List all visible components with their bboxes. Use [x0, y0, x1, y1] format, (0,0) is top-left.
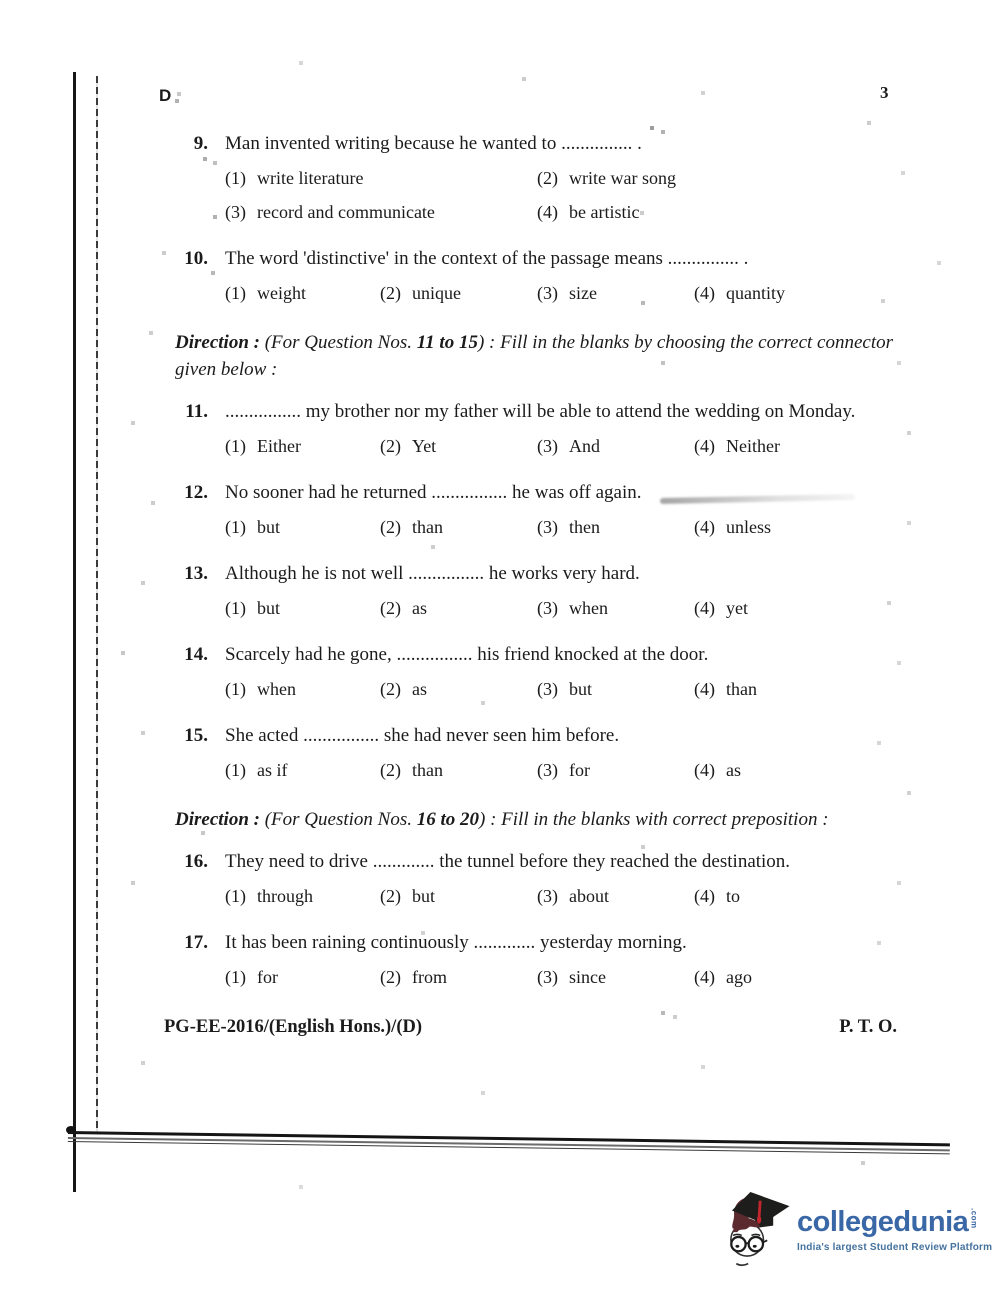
option-label: from	[412, 966, 447, 988]
option-4: (4)quantity	[694, 282, 993, 304]
direction-label: Direction :	[175, 332, 260, 353]
question-number: 10.	[148, 248, 208, 270]
option-1: (1)but	[225, 516, 380, 538]
option-2: (2)but	[380, 885, 537, 907]
question-options: (1)but(2)as(3)when(4)yet	[225, 597, 993, 619]
option-3: (3)for	[537, 759, 694, 781]
option-number: (1)	[225, 167, 246, 189]
question-block: 13. Although he is not well ............…	[0, 563, 993, 619]
option-label: ago	[726, 966, 752, 988]
direction-note: Direction : (For Question Nos. 11 to 15)…	[175, 329, 938, 383]
option-3: (3)then	[537, 516, 694, 538]
scanned-exam-page: { "header": { "paper_code": "D", "page_n…	[0, 0, 993, 1303]
option-label: size	[569, 282, 597, 304]
collegedunia-mascot-icon	[724, 1192, 792, 1268]
direction-text: ) : Fill in the blanks with correct prep…	[479, 809, 829, 830]
option-label: unique	[412, 282, 461, 304]
question-text-row: 14. Scarcely had he gone, ..............…	[0, 644, 993, 666]
option-number: (2)	[380, 966, 401, 988]
option-label: to	[726, 885, 740, 907]
option-label: Neither	[726, 435, 780, 457]
option-3: (3)record and communicate	[225, 201, 537, 223]
option-number: (2)	[380, 759, 401, 781]
direction-question-range: 11 to 15	[417, 332, 478, 353]
direction-label: Direction :	[175, 809, 260, 830]
option-label: when	[257, 678, 296, 700]
question-number: 16.	[148, 851, 208, 873]
option-number: (4)	[694, 885, 715, 907]
question-number: 13.	[148, 563, 208, 585]
question-text: It has been raining continuously .......…	[225, 932, 687, 953]
option-number: (2)	[537, 167, 558, 189]
question-text: She acted ................ she had never…	[225, 725, 619, 746]
option-number: (3)	[537, 759, 558, 781]
option-number: (3)	[537, 597, 558, 619]
option-label: for	[569, 759, 590, 781]
question-text-row: 9. Man invented writing because he wante…	[0, 133, 993, 155]
option-number: (4)	[694, 435, 715, 457]
option-label: as	[412, 678, 427, 700]
option-number: (4)	[694, 966, 715, 988]
question-number: 11.	[148, 401, 208, 423]
direction-text: (For Question Nos.	[265, 809, 417, 830]
question-number: 12.	[148, 482, 208, 504]
option-number: (4)	[537, 201, 558, 223]
option-label: weight	[257, 282, 306, 304]
option-2: (2)as	[380, 597, 537, 619]
option-number: (3)	[537, 516, 558, 538]
option-3: (3)but	[537, 678, 694, 700]
question-text: Although he is not well ................…	[225, 563, 640, 584]
option-2: (2)write war song	[537, 167, 993, 189]
option-number: (3)	[225, 201, 246, 223]
option-number: (4)	[694, 678, 715, 700]
option-2: (2)Yet	[380, 435, 537, 457]
question-block: 11. ................ my brother nor my f…	[0, 401, 993, 457]
option-label: be artistic	[569, 201, 639, 223]
question-block: 17. It has been raining continuously ...…	[0, 932, 993, 988]
option-number: (2)	[380, 282, 401, 304]
question-number: 14.	[148, 644, 208, 666]
question-text: They need to drive ............. the tun…	[225, 851, 790, 872]
option-3: (3)And	[537, 435, 694, 457]
option-number: (3)	[537, 435, 558, 457]
option-label: about	[569, 885, 609, 907]
option-number: (1)	[225, 435, 246, 457]
option-number: (1)	[225, 516, 246, 538]
question-options: (1)when(2)as(3)but(4)than	[225, 678, 993, 700]
page-footer: PG-EE-2016/(English Hons.)/(D)P. T. O.	[164, 1016, 897, 1038]
option-number: (1)	[225, 282, 246, 304]
question-text: Scarcely had he gone, ................ h…	[225, 644, 708, 665]
option-number: (2)	[380, 516, 401, 538]
option-label: but	[569, 678, 592, 700]
option-label: then	[569, 516, 600, 538]
question-text-row: 13. Although he is not well ............…	[0, 563, 993, 585]
option-1: (1)when	[225, 678, 380, 700]
direction-question-range: 16 to 20	[417, 809, 479, 830]
question-block: 15. She acted ................ she had n…	[0, 725, 993, 781]
option-label: but	[257, 597, 280, 619]
question-text-row: 16. They need to drive ............. the…	[0, 851, 993, 873]
question-options: (1)Either(2)Yet(3)And(4)Neither	[225, 435, 993, 457]
question-number: 17.	[148, 932, 208, 954]
option-label: since	[569, 966, 606, 988]
exam-content: 9. Man invented writing because he wante…	[0, 133, 993, 1038]
option-label: write literature	[257, 167, 363, 189]
collegedunia-logo-text: collegedunia .com India's largest Studen…	[797, 1192, 992, 1253]
question-text: The word 'distinctive' in the context of…	[225, 248, 748, 269]
question-text: No sooner had he returned ..............…	[225, 482, 641, 503]
option-4: (4)yet	[694, 597, 993, 619]
option-1: (1)but	[225, 597, 380, 619]
question-options: (1)for(2)from(3)since(4)ago	[225, 966, 993, 988]
question-text-row: 10. The word 'distinctive' in the contex…	[0, 248, 993, 270]
option-2: (2)from	[380, 966, 537, 988]
option-number: (1)	[225, 678, 246, 700]
question-text-row: 12. No sooner had he returned ..........…	[0, 482, 993, 504]
question-block: 14. Scarcely had he gone, ..............…	[0, 644, 993, 700]
option-4: (4)as	[694, 759, 993, 781]
option-1: (1)weight	[225, 282, 380, 304]
option-number: (4)	[694, 759, 715, 781]
option-4: (4)than	[694, 678, 993, 700]
option-number: (1)	[225, 597, 246, 619]
option-number: (2)	[380, 597, 401, 619]
scan-noise	[0, 0, 2, 2]
option-label: Yet	[412, 435, 436, 457]
option-label: And	[569, 435, 600, 457]
option-label: when	[569, 597, 608, 619]
paper-set-code: D	[159, 86, 172, 106]
question-block: 12. No sooner had he returned ..........…	[0, 482, 993, 538]
option-2: (2)as	[380, 678, 537, 700]
option-2: (2)than	[380, 759, 537, 781]
question-number: 9.	[148, 133, 208, 155]
question-options: (1)weight(2)unique(3)size(4)quantity	[225, 282, 993, 304]
option-4: (4)unless	[694, 516, 993, 538]
option-2: (2)unique	[380, 282, 537, 304]
question-options: (1)write literature(2)write war song(3)r…	[225, 167, 993, 223]
option-number: (3)	[537, 885, 558, 907]
option-1: (1)for	[225, 966, 380, 988]
question-block: 16. They need to drive ............. the…	[0, 851, 993, 907]
question-text: Man invented writing because he wanted t…	[225, 133, 642, 154]
option-3: (3)since	[537, 966, 694, 988]
option-number: (1)	[225, 759, 246, 781]
collegedunia-domain-suffix: .com	[969, 1208, 978, 1229]
option-number: (2)	[380, 885, 401, 907]
option-number: (1)	[225, 885, 246, 907]
option-1: (1)through	[225, 885, 380, 907]
question-text-row: 11. ................ my brother nor my f…	[0, 401, 993, 423]
option-label: but	[257, 516, 280, 538]
direction-note: Direction : (For Question Nos. 16 to 20)…	[175, 806, 938, 833]
option-3: (3)about	[537, 885, 694, 907]
option-label: quantity	[726, 282, 785, 304]
collegedunia-brand-name: collegedunia	[797, 1208, 968, 1237]
question-text: ................ my brother nor my fathe…	[225, 401, 855, 422]
option-label: than	[412, 516, 443, 538]
question-text-row: 17. It has been raining continuously ...…	[0, 932, 993, 954]
question-options: (1)but(2)than(3)then(4)unless	[225, 516, 993, 538]
page-number: 3	[880, 83, 889, 103]
question-block: 9. Man invented writing because he wante…	[0, 133, 993, 223]
option-4: (4)ago	[694, 966, 993, 988]
option-number: (4)	[694, 282, 715, 304]
option-label: write war song	[569, 167, 676, 189]
option-label: than	[412, 759, 443, 781]
direction-text: (For Question Nos.	[265, 332, 417, 353]
option-number: (4)	[694, 597, 715, 619]
footer-paper-code: PG-EE-2016/(English Hons.)/(D)	[164, 1016, 422, 1038]
question-options: (1)through(2)but(3)about(4)to	[225, 885, 993, 907]
collegedunia-tagline: India's largest Student Review Platform	[797, 1242, 992, 1253]
option-2: (2)than	[380, 516, 537, 538]
question-number: 15.	[148, 725, 208, 747]
option-number: (3)	[537, 282, 558, 304]
option-label: through	[257, 885, 313, 907]
option-number: (2)	[380, 435, 401, 457]
option-label: Either	[257, 435, 301, 457]
option-label: than	[726, 678, 757, 700]
option-number: (3)	[537, 678, 558, 700]
question-block: 10. The word 'distinctive' in the contex…	[0, 248, 993, 304]
page-bottom-edge	[68, 1131, 950, 1154]
option-1: (1)as if	[225, 759, 380, 781]
option-1: (1)Either	[225, 435, 380, 457]
option-number: (1)	[225, 966, 246, 988]
option-label: as	[412, 597, 427, 619]
option-3: (3)size	[537, 282, 694, 304]
option-4: (4)to	[694, 885, 993, 907]
option-label: as	[726, 759, 741, 781]
option-label: for	[257, 966, 278, 988]
option-label: unless	[726, 516, 771, 538]
option-number: (4)	[694, 516, 715, 538]
question-text-row: 15. She acted ................ she had n…	[0, 725, 993, 747]
option-number: (3)	[537, 966, 558, 988]
option-label: as if	[257, 759, 288, 781]
footer-pto: P. T. O.	[839, 1016, 897, 1038]
option-number: (2)	[380, 678, 401, 700]
option-4: (4)Neither	[694, 435, 993, 457]
option-3: (3)when	[537, 597, 694, 619]
question-options: (1)as if(2)than(3)for(4)as	[225, 759, 993, 781]
option-4: (4)be artistic	[537, 201, 993, 223]
option-label: yet	[726, 597, 748, 619]
collegedunia-watermark: collegedunia .com India's largest Studen…	[724, 1192, 992, 1268]
option-1: (1)write literature	[225, 167, 537, 189]
option-label: record and communicate	[257, 201, 435, 223]
option-label: but	[412, 885, 435, 907]
